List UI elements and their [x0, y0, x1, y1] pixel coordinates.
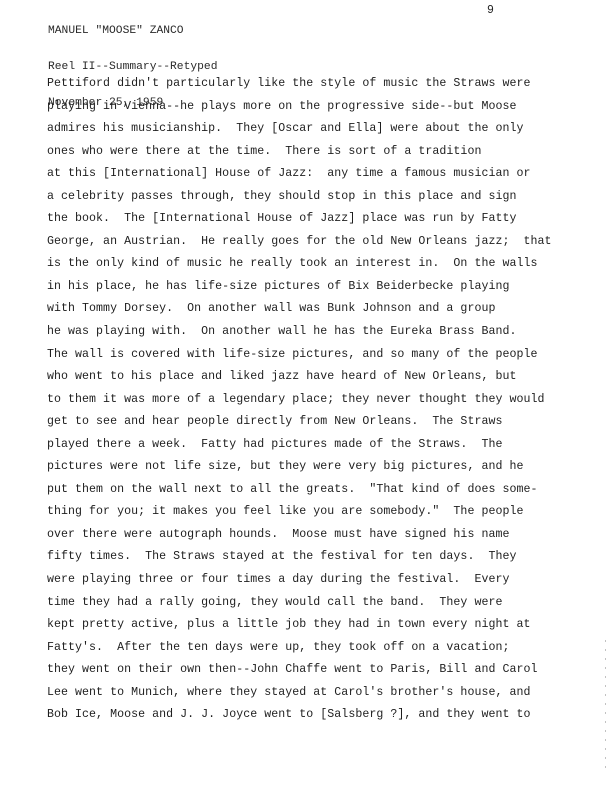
body-text-line: George, an Austrian. He really goes for … [47, 231, 552, 254]
body-text-line: The wall is covered with life-size pictu… [47, 344, 552, 367]
body-text-line: to them it was more of a legendary place… [47, 389, 552, 412]
body-text-line: ones who were there at the time. There i… [47, 141, 552, 164]
scan-artifact [605, 640, 606, 770]
body-text-line: at this [International] House of Jazz: a… [47, 163, 552, 186]
body-text-line: were playing three or four times a day d… [47, 569, 552, 592]
body-text-line: Pettiford didn't particularly like the s… [47, 73, 552, 96]
body-text-line: Bob Ice, Moose and J. J. Joyce went to [… [47, 704, 552, 727]
document-body: Pettiford didn't particularly like the s… [47, 73, 552, 727]
body-text-line: the book. The [International House of Ja… [47, 208, 552, 231]
body-text-line: he was playing with. On another wall he … [47, 321, 552, 344]
body-text-line: they went on their own then--John Chaffe… [47, 659, 552, 682]
body-text-line: over there were autograph hounds. Moose … [47, 524, 552, 547]
body-text-line: who went to his place and liked jazz hav… [47, 366, 552, 389]
body-text-line: fifty times. The Straws stayed at the fe… [47, 546, 552, 569]
body-text-line: get to see and hear people directly from… [47, 411, 552, 434]
body-text-line: kept pretty active, plus a little job th… [47, 614, 552, 637]
body-text-line: pictures were not life size, but they we… [47, 456, 552, 479]
header-reel-info: Reel II--Summary--Retyped [48, 61, 217, 73]
body-text-line: is the only kind of music he really took… [47, 253, 552, 276]
body-text-line: with Tommy Dorsey. On another wall was B… [47, 298, 552, 321]
body-text-line: time they had a rally going, they would … [47, 592, 552, 615]
body-text-line: thing for you; it makes you feel like yo… [47, 501, 552, 524]
body-text-line: Fatty's. After the ten days were up, the… [47, 637, 552, 660]
body-text-line: played there a week. Fatty had pictures … [47, 434, 552, 457]
body-text-line: a celebrity passes through, they should … [47, 186, 552, 209]
body-text-line: Lee went to Munich, where they stayed at… [47, 682, 552, 705]
page-number: 9 [487, 5, 494, 17]
body-text-line: in his place, he has life-size pictures … [47, 276, 552, 299]
body-text-line: admires his musicianship. They [Oscar an… [47, 118, 552, 141]
body-text-line: put them on the wall next to all the gre… [47, 479, 552, 502]
document-page: MANUEL "MOOSE" ZANCO Reel II--Summary--R… [0, 0, 612, 792]
header-interviewee-name: MANUEL "MOOSE" ZANCO [48, 25, 217, 37]
body-text-line: playing in Vienna--he plays more on the … [47, 96, 552, 119]
